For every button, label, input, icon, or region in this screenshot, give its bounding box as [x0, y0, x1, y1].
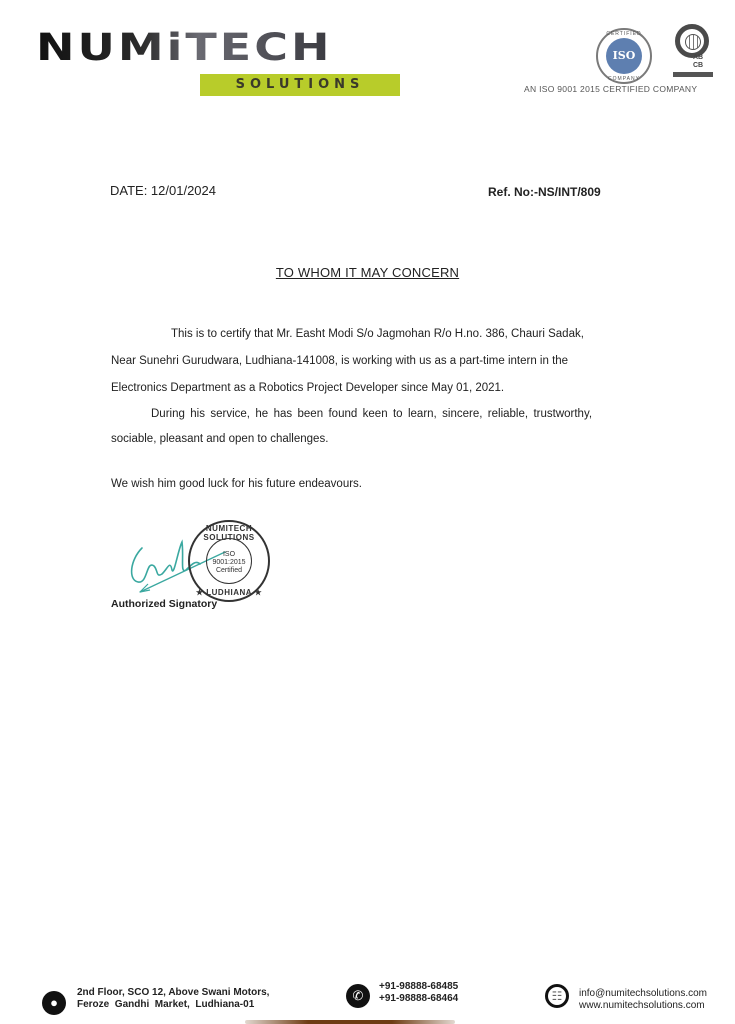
iso-certified-badge-icon: CERTIFIED ISO COMPANY	[596, 28, 652, 84]
authorized-signatory-label: Authorized Signatory	[111, 598, 217, 610]
iso-badge-ring-bottom: COMPANY	[598, 76, 650, 82]
reference-number: Ref. No:-NS/INT/809	[488, 185, 601, 199]
footer-decorative-strip	[245, 1020, 455, 1024]
logo-tagline: SOLUTIONS	[200, 74, 400, 96]
paragraph1-line1: This is to certify that Mr. Easht Modi S…	[171, 327, 671, 341]
signature-block: NUMITECH SOLUTIONS ISO 9001:2015 Certifi…	[120, 520, 280, 600]
website-url: www.numitechsolutions.com	[579, 1000, 707, 1012]
letter-date: DATE: 12/01/2024	[110, 183, 216, 198]
letterhead-footer: ● 2nd Floor, SCO 12, Above Swani Motors,…	[0, 975, 735, 1024]
abcb-line2: CB	[693, 62, 703, 70]
email-address: info@numitechsolutions.com	[579, 988, 707, 1000]
globe-icon	[675, 24, 709, 58]
phone-icon: ✆	[346, 984, 370, 1008]
phone-number-2: +91-98888-68464	[379, 993, 458, 1005]
stamp-center-line2: 9001:2015	[207, 559, 251, 567]
footer-address: 2nd Floor, SCO 12, Above Swani Motors, F…	[77, 987, 269, 1011]
stamp-center-line3: Certified	[207, 567, 251, 575]
abcb-accreditation-icon: AB CB	[673, 24, 713, 76]
letter-subject: TO WHOM IT MAY CONCERN	[0, 265, 735, 280]
address-line2: Feroze Gandhi Market, Ludhiana-01	[77, 999, 269, 1011]
abcb-bar	[673, 72, 713, 77]
footer-web: info@numitechsolutions.com www.numitechs…	[579, 988, 707, 1012]
globe-icon: ☷	[545, 984, 569, 1008]
phone-number-1: +91-98888-68485	[379, 981, 458, 993]
abcb-line1: AB	[693, 54, 703, 62]
logo-wordmark: NUMiTECH	[36, 28, 332, 66]
company-stamp: NUMITECH SOLUTIONS ISO 9001:2015 Certifi…	[188, 520, 270, 602]
footer-phones: +91-98888-68485 +91-98888-68464	[379, 981, 458, 1005]
stamp-center-line1: ISO	[207, 551, 251, 559]
certification-area: CERTIFIED ISO COMPANY AB CB AN ISO 9001 …	[520, 20, 735, 100]
paragraph1-line2: Near Sunehri Gurudwara, Ludhiana-141008,…	[111, 354, 611, 368]
stamp-inner-circle: ISO 9001:2015 Certified	[206, 538, 252, 584]
closing-line: We wish him good luck for his future end…	[111, 477, 611, 491]
company-logo: NUMiTECH SOLUTIONS	[36, 28, 376, 98]
paragraph2-line2: sociable, pleasant and open to challenge…	[111, 432, 611, 446]
certification-caption: AN ISO 9001 2015 CERTIFIED COMPANY	[524, 84, 697, 94]
iso-badge-ring-top: CERTIFIED	[598, 31, 650, 37]
address-line1: 2nd Floor, SCO 12, Above Swani Motors,	[77, 987, 269, 999]
location-pin-icon: ●	[42, 991, 66, 1015]
iso-badge-center: ISO	[606, 38, 642, 74]
stamp-ring-bottom: ★ LUDHIANA ★	[190, 588, 268, 597]
abcb-label: AB CB	[693, 54, 703, 70]
paragraph2-line1: During his service, he has been found ke…	[151, 407, 651, 421]
paragraph1-line3: Electronics Department as a Robotics Pro…	[111, 381, 611, 395]
